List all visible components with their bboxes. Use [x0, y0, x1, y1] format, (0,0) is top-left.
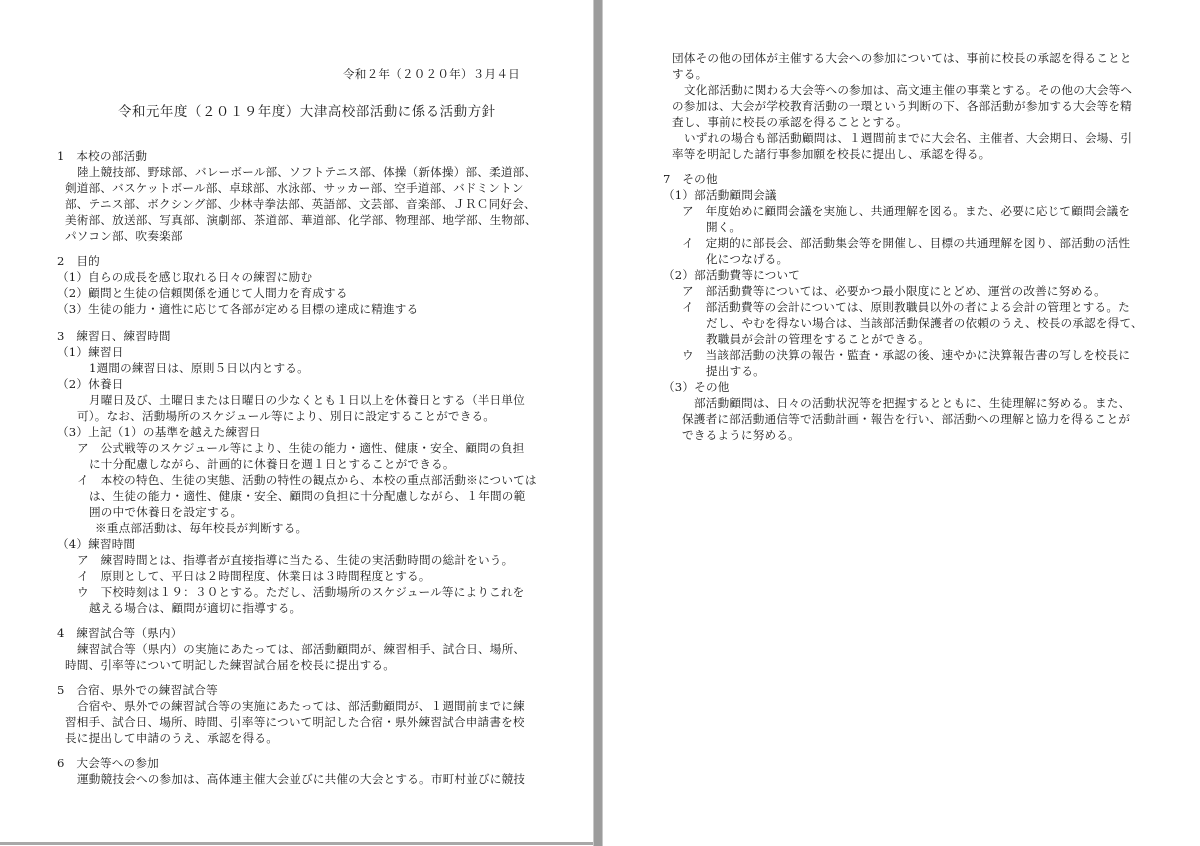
document-text-line: イ 部活動費等の会計については、原則教職員以外の者による会計の管理とする。た	[682, 299, 1130, 315]
document-text-line: （1）自らの成長を感じ取れる日々の練習に励む	[57, 269, 312, 285]
document-text-line: 時間、引率等について明記した練習試合届を校長に提出する。	[65, 657, 395, 673]
document-title: 令和元年度（２０１９年度）大津高校部活動に係る活動方針	[118, 105, 496, 121]
document-text-line: 文化部活動に関わる大会等への参加は、高文連主催の事業とする。その他の大会等へ	[684, 82, 1132, 98]
document-text-line: 率等を明記した諸行事参加願を校長に提出し、承認を得る。	[672, 146, 990, 162]
document-text-line: イ 本校の特色、生徒の実態、活動の特性の観点から、本校の重点部活動※については	[77, 472, 537, 488]
document-text-line: （2）顧問と生徒の信頼関係を通じて人間力を育成する	[57, 285, 348, 301]
document-text-line: （2）休養日	[57, 376, 124, 392]
document-text-line: ウ 下校時刻は１９：３０とする。ただし、活動場所のスケジュール等によりこれを	[77, 584, 524, 600]
document-text-line: できるように努める。	[682, 427, 800, 443]
document-text-line: （3）その他	[663, 379, 730, 395]
document-text-line: 可）。なお、活動場所のスケジュール等により、別日に設定することができる。	[77, 408, 495, 424]
document-text-line: 合宿や、県外での練習試合等の実施にあたっては、部活動顧問が、１週間前までに練	[77, 698, 525, 714]
document-text-line: イ 原則として、平日は２時間程度、休業日は３時間程度とする。	[77, 568, 431, 584]
document-text-line: ※重点部活動は、毎年校長が判断する。	[95, 520, 307, 536]
document-text-line: 囲の中で休養日を設定する。	[89, 504, 242, 520]
page-bottom-edge	[0, 842, 620, 845]
document-text-line: 月曜日及び、土曜日または日曜日の少なくとも１日以上を休養日とする（半日単位	[89, 392, 525, 408]
document-text-line: だし、やむを得ない場合は、当該部活動保護者の依頼のうえ、校長の承認を得て、	[706, 315, 1143, 331]
document-text-line: 越える場合は、顧問が適切に指導する。	[89, 600, 301, 616]
document-text-line: 団体その他の団体が主催する大会への参加については、事前に校長の承認を得ることと	[672, 50, 1132, 66]
document-text-line: （3）生徒の能力・適性に応じて各部が定める目標の達成に精進する	[57, 301, 418, 317]
document-text-line: 習相手、試合日、場所、時間、引率等について明記した合宿・県外練習試合申請書を校	[65, 714, 525, 730]
document-text-line: 化につなげる。	[706, 251, 788, 267]
document-text-line: 7 その他	[663, 171, 718, 187]
document-text-line: （1）部活動顧問会議	[663, 187, 777, 203]
document-text-line: 練習試合等（県内）の実施にあたっては、部活動顧問が、練習相手、試合日、場所、	[77, 641, 525, 657]
document-text-line: 保護者に部活動通信等で活動計画・報告を行い、部活動への理解と協力を得ることが	[682, 411, 1130, 427]
document-text-line: ア 練習時間とは、指導者が直接指導に当たる、生徒の実活動時間の総計をいう。	[77, 552, 513, 568]
document-text-line: は、生徒の能力・適性、健康・安全、顧問の負担に十分配慮しながら、１年間の範	[89, 488, 525, 504]
document-text-line: （1）練習日	[57, 344, 124, 360]
document-text-line: （2）部活動費等について	[663, 267, 800, 283]
document-text-line: 4 練習試合等（県内）	[57, 625, 183, 641]
document-text-line: 開く。	[706, 219, 741, 235]
document-text-line: 3 練習日、練習時間	[57, 328, 171, 344]
document-text-line: の参加は、大会が学校教育活動の一環という判断の下、各部活動が参加する大会等を精	[672, 98, 1132, 114]
document-text-line: 運動競技会への参加は、高体連主催大会並びに共催の大会とする。市町村並びに競技	[77, 771, 525, 787]
document-text-line: パソコン部、吹奏楽部	[65, 228, 183, 244]
page-divider	[593, 0, 603, 846]
document-text-line: いずれの場合も部活動顧問は、１週間前までに大会名、主催者、大会期日、会場、引	[684, 130, 1132, 146]
document-text-line: 長に提出して申請のうえ、承認を得る。	[65, 730, 278, 746]
document-text-line: 部活動顧問は、日々の活動状況等を把握するとともに、生徒理解に努める。また、	[694, 395, 1130, 411]
document-text-line: 美術部、放送部、写真部、演劇部、茶道部、華道部、化学部、物理部、地学部、生物部、	[65, 212, 537, 228]
document-text-line: 提出する。	[706, 363, 765, 379]
document-text-line: 2 目的	[57, 253, 100, 269]
document-text-line: イ 定期的に部長会、部活動集会等を開催し、目標の共通理解を図り、部活動の活性	[682, 235, 1130, 251]
document-text-line: 剣道部、バスケットボール部、卓球部、水泳部、サッカー部、空手道部、バドミントン	[65, 180, 524, 196]
document-page-right: 団体その他の団体が主催する大会への参加については、事前に校長の承認を得ることとす…	[603, 0, 1200, 846]
document-text-line: ア 年度始めに顧問会議を実施し、共通理解を図る。また、必要に応じて顧問会議を	[682, 203, 1130, 219]
document-text-line: ア 公式戦等のスケジュール等により、生徒の能力・適性、健康・安全、顧問の負担	[77, 440, 524, 456]
document-text-line: 教職員が会計の管理をすることができる。	[706, 331, 930, 347]
document-text-line: する。	[672, 66, 707, 82]
document-text-line: 6 大会等への参加	[57, 755, 159, 771]
document-text-line: に十分配慮しながら、計画的に休養日を週１日とすることができる。	[89, 456, 455, 472]
document-text-line: （4）練習時間	[57, 536, 135, 552]
document-text-line: 1 本校の部活動	[57, 148, 147, 164]
document-text-line: 陸上競技部、野球部、バレーボール部、ソフトテニス部、体操（新体操）部、柔道部、	[77, 164, 536, 180]
document-text-line: ウ 当該部活動の決算の報告・監査・承認の後、速やかに決算報告書の写しを校長に	[682, 347, 1130, 363]
document-text-line: ア 部活動費等については、必要かつ最小限度にとどめ、運営の改善に努める。	[682, 283, 1106, 299]
document-text-line: 5 合宿、県外での練習試合等	[57, 682, 218, 698]
document-text-line: 査し、事前に校長の承認を得ることとする。	[672, 114, 908, 130]
document-page-left: 令和２年（２０２０年）３月４日 令和元年度（２０１９年度）大津高校部活動に係る活…	[0, 0, 593, 846]
document-text-line: 1週間の練習日は、原則５日以内とする。	[89, 360, 309, 376]
document-text-line: 部、テニス部、ボクシング部、少林寺拳法部、英語部、文芸部、音楽部、ＪＲＣ同好会、	[65, 196, 536, 212]
document-date: 令和２年（２０２０年）３月４日	[343, 66, 520, 82]
document-text-line: （3）上記（1）の基準を越えた練習日	[57, 424, 261, 440]
